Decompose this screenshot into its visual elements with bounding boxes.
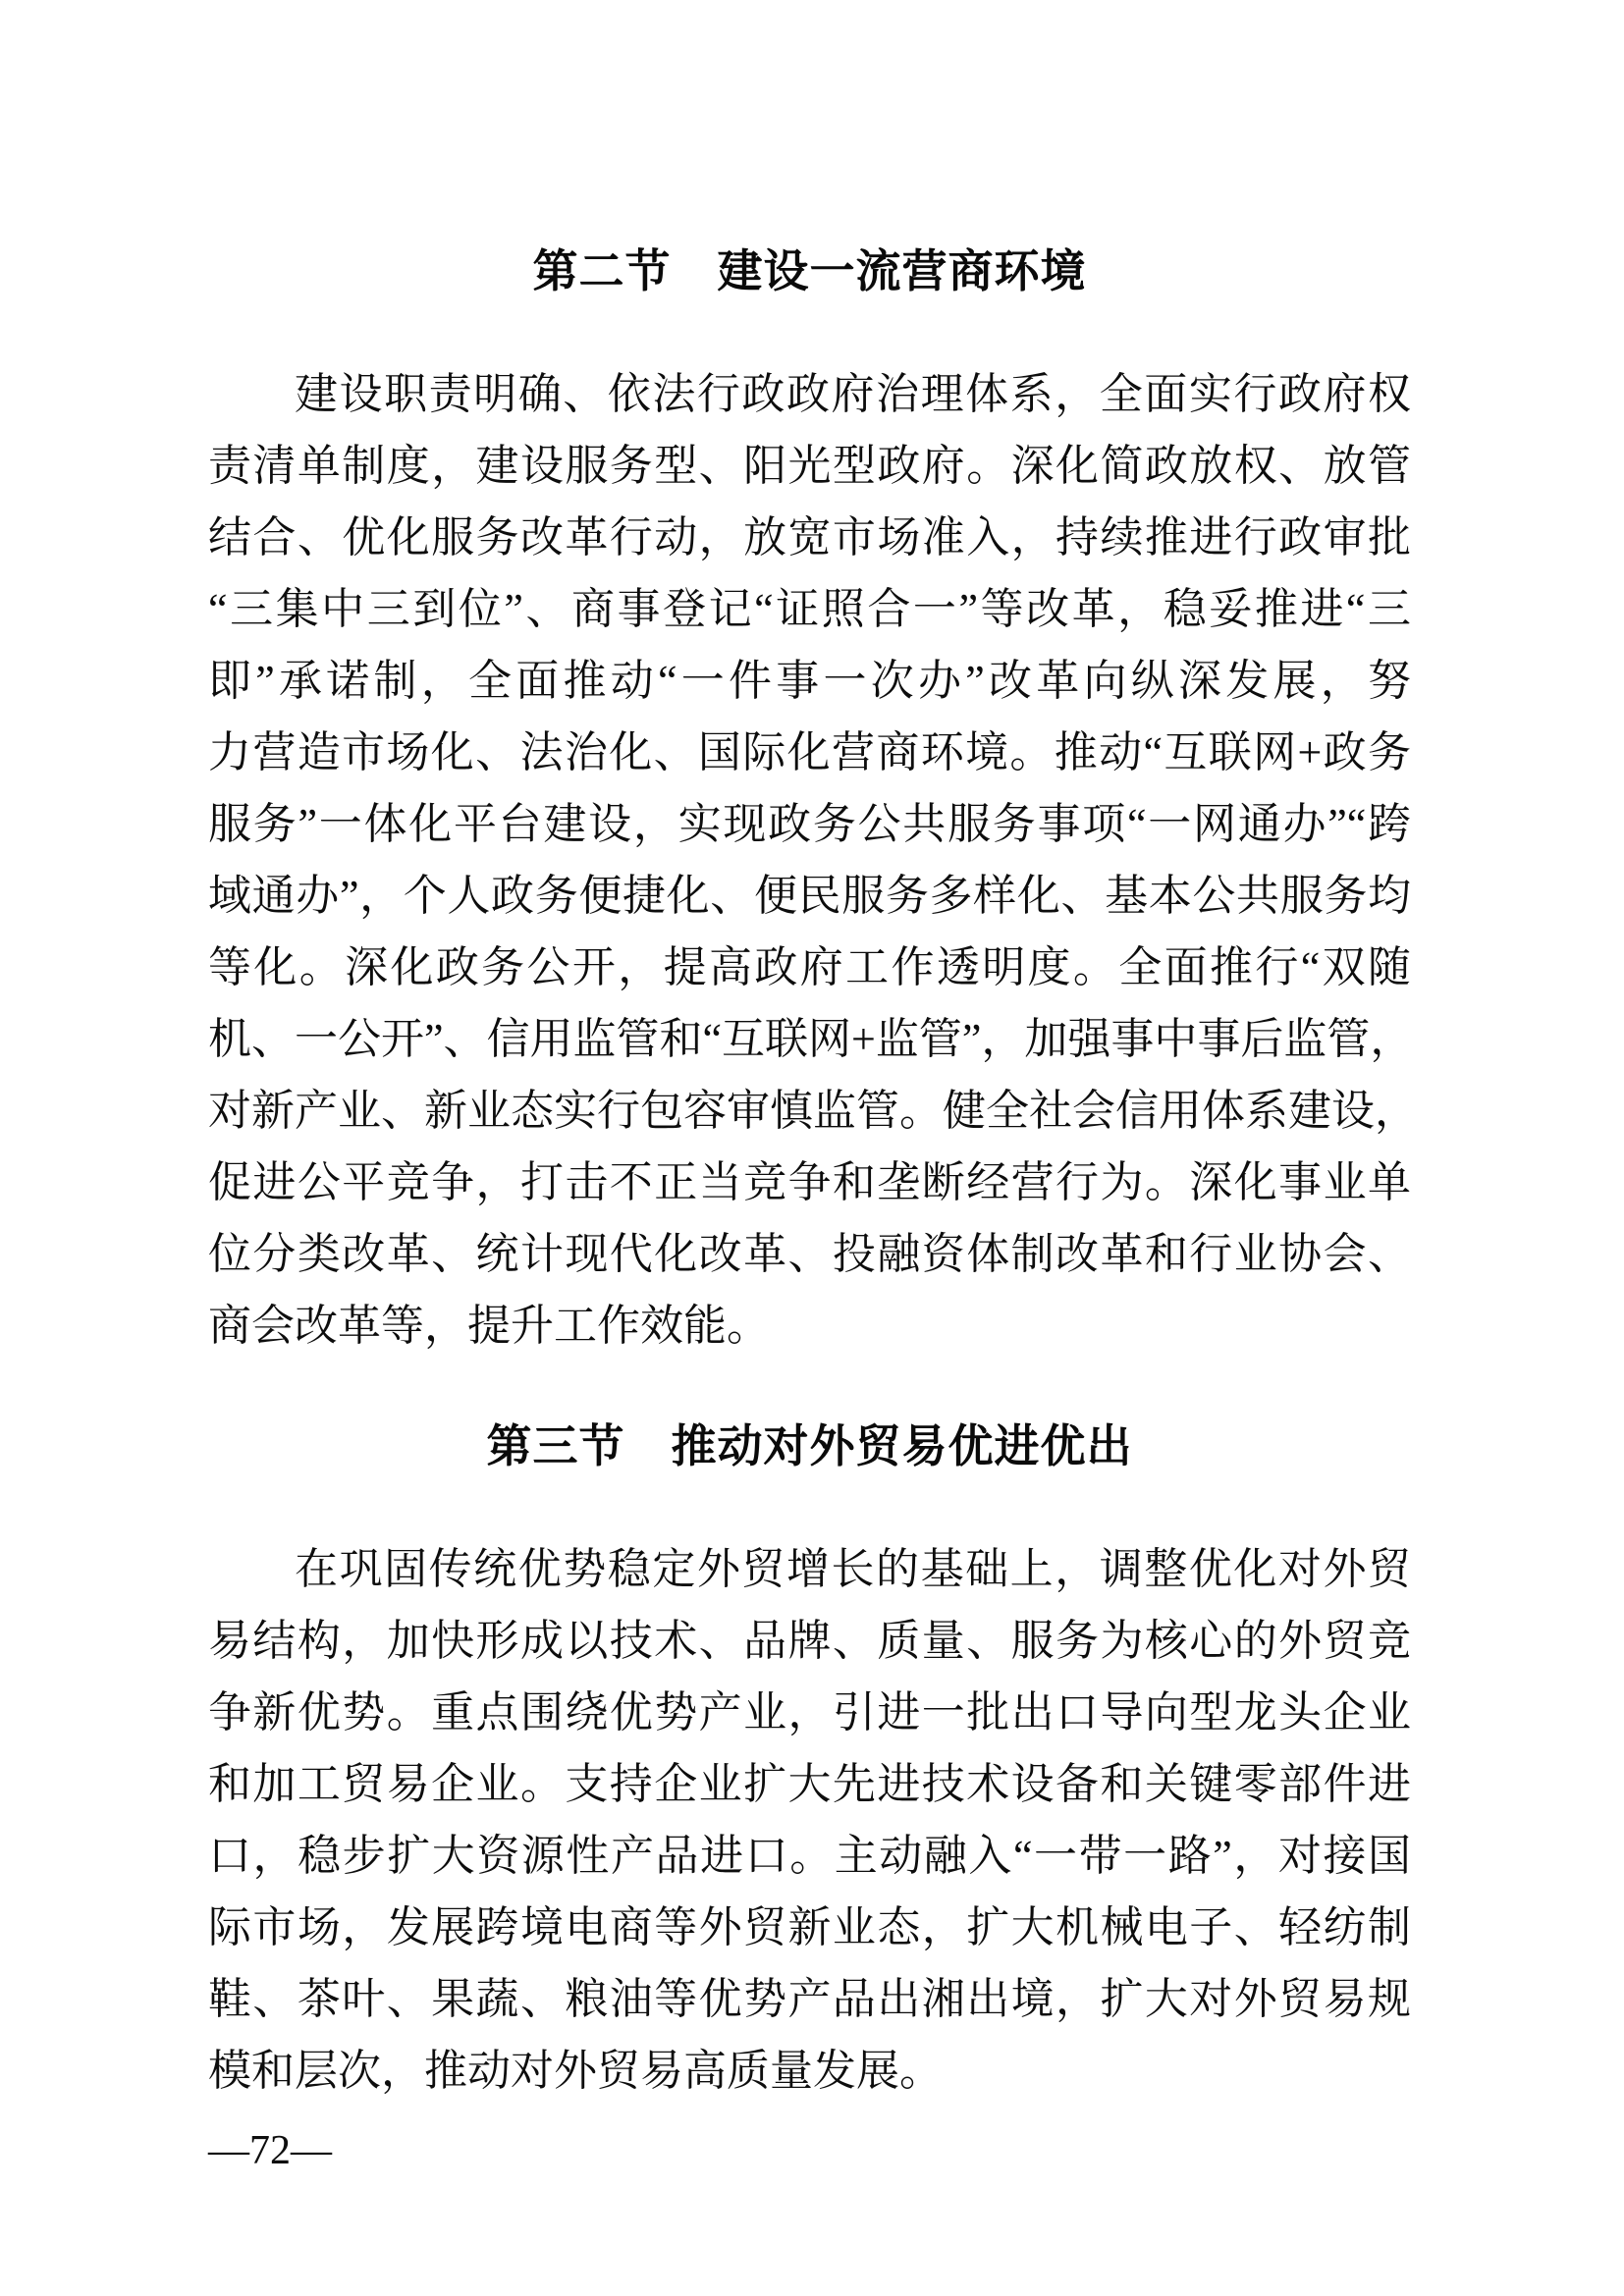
section-3-paragraph: 在巩固传统优势稳定外贸增长的基础上，调整优化对外贸 易结构，加快形成以技术、品牌… <box>208 1533 1411 2107</box>
text-line: 域通办”，个人政务便捷化、便民服务多样化、基本公共服务均 <box>208 860 1411 932</box>
text-line: 模和层次，推动对外贸易高质量发展。 <box>208 2035 1411 2107</box>
section-heading-2: 第二节 建设一流营商环境 <box>208 240 1411 301</box>
text-line: 力营造市场化、法治化、国际化营商环境。推动“互联网+政务 <box>208 717 1411 788</box>
document-page: 第二节 建设一流营商环境 建设职责明确、依法行政政府治理体系，全面实行政府权 责… <box>0 0 1624 2296</box>
text-line: 建设职责明确、依法行政政府治理体系，全面实行政府权 <box>208 358 1411 430</box>
text-line: 等化。深化政务公开，提高政府工作透明度。全面推行“双随 <box>208 932 1411 1003</box>
text-line: 结合、优化服务改革行动，放宽市场准入，持续推进行政审批 <box>208 502 1411 573</box>
text-line: 位分类改革、统计现代化改革、投融资体制改革和行业协会、 <box>208 1218 1411 1290</box>
text-line: 际市场，发展跨境电商等外贸新业态，扩大机械电子、轻纺制 <box>208 1892 1411 1963</box>
text-line: 争新优势。重点围绕优势产业，引进一批出口导向型龙头企业 <box>208 1677 1411 1748</box>
text-line: 商会改革等，提升工作效能。 <box>208 1290 1411 1362</box>
text-line: 易结构，加快形成以技术、品牌、质量、服务为核心的外贸竞 <box>208 1605 1411 1677</box>
text-line: 服务”一体化平台建设，实现政务公共服务事项“一网通办”“跨 <box>208 788 1411 860</box>
page-number: —72— <box>0 2126 1624 2175</box>
text-line: 机、一公开”、信用监管和“互联网+监管”，加强事中事后监管， <box>208 1003 1411 1075</box>
text-line: “三集中三到位”、商事登记“证照合一”等改革，稳妥推进“三 <box>208 573 1411 645</box>
text-line: 在巩固传统优势稳定外贸增长的基础上，调整优化对外贸 <box>208 1533 1411 1605</box>
text-line: 促进公平竞争，打击不正当竞争和垄断经营行为。深化事业单 <box>208 1147 1411 1218</box>
text-line: 责清单制度，建设服务型、阳光型政府。深化简政放权、放管 <box>208 430 1411 502</box>
text-line: 即”承诺制，全面推动“一件事一次办”改革向纵深发展，努 <box>208 645 1411 717</box>
text-line: 和加工贸易企业。支持企业扩大先进技术设备和关键零部件进 <box>208 1748 1411 1820</box>
text-line: 鞋、茶叶、果蔬、粮油等优势产品出湘出境，扩大对外贸易规 <box>208 1963 1411 2035</box>
text-line: 对新产业、新业态实行包容审慎监管。健全社会信用体系建设， <box>208 1075 1411 1147</box>
section-2-paragraph: 建设职责明确、依法行政政府治理体系，全面实行政府权 责清单制度，建设服务型、阳光… <box>208 358 1411 1362</box>
page-content: 第二节 建设一流营商环境 建设职责明确、依法行政政府治理体系，全面实行政府权 责… <box>0 240 1624 2107</box>
section-heading-3: 第三节 推动对外贸易优进优出 <box>208 1415 1411 1476</box>
text-line: 口，稳步扩大资源性产品进口。主动融入“一带一路”，对接国 <box>208 1820 1411 1892</box>
